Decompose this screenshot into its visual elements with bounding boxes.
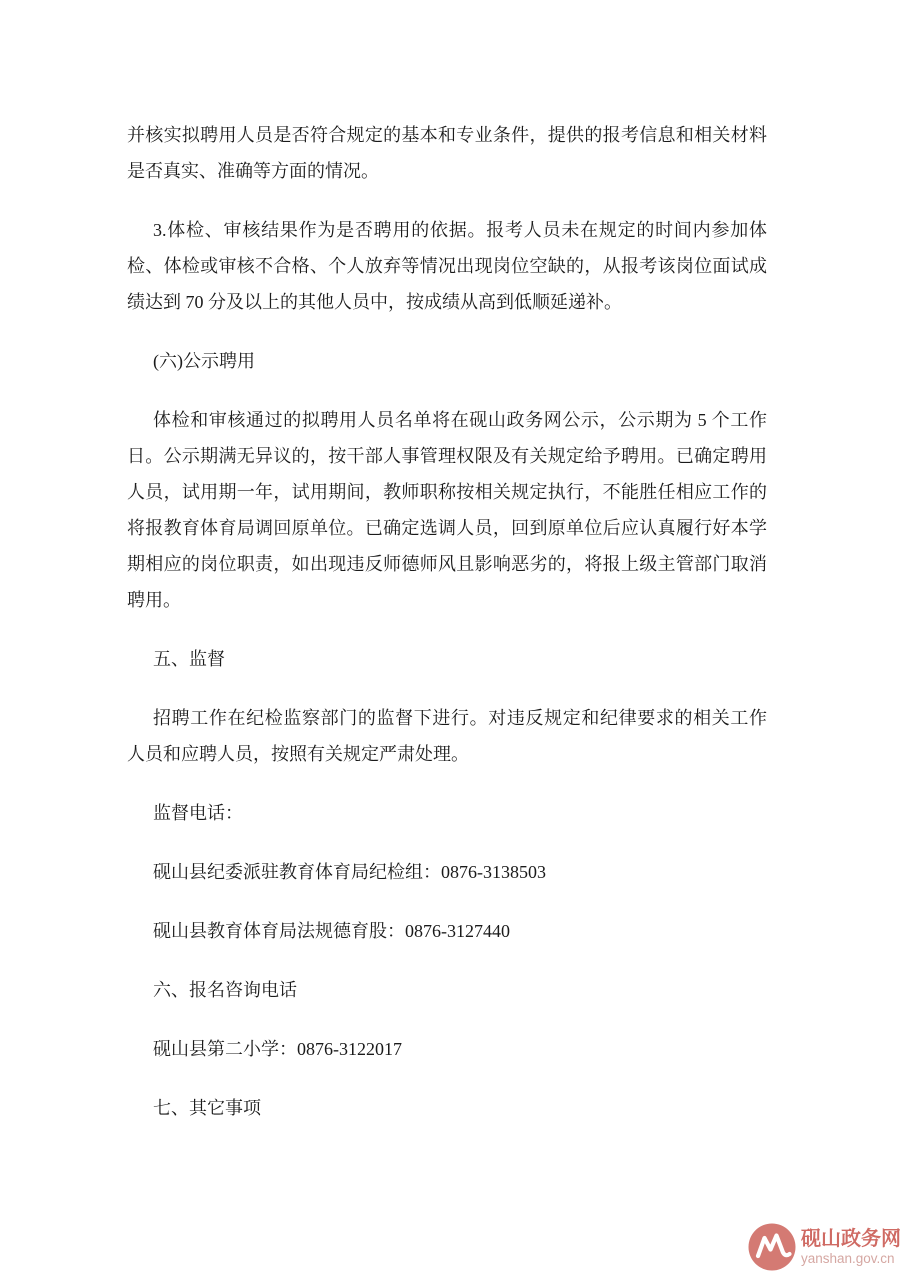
text-line: 将报教育体育局调回原单位。已确定选调人员，回到原单位后应认真履行好本学 (127, 510, 767, 546)
text-line: 监督电话： (127, 795, 767, 831)
heading-section-6-public-hiring: (六)公示聘用 (127, 343, 767, 379)
text-line: 人员，试用期一年，试用期间，教师职称按相关规定执行，不能胜任相应工作的 (127, 474, 767, 510)
text-line: 人员和应聘人员，按照有关规定严肃处理。 (127, 736, 767, 772)
text-line: 日。公示期满无异议的，按干部人事管理权限及有关规定给予聘用。已确定聘用 (127, 438, 767, 474)
heading-section-6-consult-phone: 六、报名咨询电话 (127, 972, 767, 1008)
site-watermark: 砚山政务网 yanshan.gov.cn (748, 1223, 900, 1271)
text-line: 3.体检、审核结果作为是否聘用的依据。报考人员未在规定的时间内参加体 (127, 212, 767, 248)
para-phone-discipline-inspection: 砚山县纪委派驻教育体育局纪检组：0876-3138503 (127, 854, 767, 890)
text-line: 体检和审核通过的拟聘用人员名单将在砚山政务网公示，公示期为 5 个工作 (127, 402, 767, 438)
mountain-seal-icon (748, 1223, 796, 1271)
logo-site-name: 砚山政务网 (801, 1228, 900, 1251)
text-line: 砚山县纪委派驻教育体育局纪检组：0876-3138503 (127, 854, 767, 890)
text-line: 六、报名咨询电话 (127, 972, 767, 1008)
text-line: 期相应的岗位职责，如出现违反师德师风且影响恶劣的，将报上级主管部门取消 (127, 546, 767, 582)
para-verify-candidate-materials: 并核实拟聘用人员是否符合规定的基本和专业条件，提供的报考信息和相关材料是否真实、… (127, 117, 767, 189)
text-line: 检、体检或审核不合格、个人放弃等情况出现岗位空缺的，从报考该岗位面试成 (127, 248, 767, 284)
logo-text-block: 砚山政务网 yanshan.gov.cn (801, 1228, 900, 1266)
para-phone-second-primary-school: 砚山县第二小学：0876-3122017 (127, 1031, 767, 1067)
para-3-exam-review-result: 3.体检、审核结果作为是否聘用的依据。报考人员未在规定的时间内参加体检、体检或审… (127, 212, 767, 320)
text-line: 招聘工作在纪检监察部门的监督下进行。对违反规定和纪律要求的相关工作 (127, 700, 767, 736)
text-line: 聘用。 (127, 582, 767, 618)
para-supervision-phone-label: 监督电话： (127, 795, 767, 831)
text-line: 绩达到 70 分及以上的其他人员中，按成绩从高到低顺延递补。 (127, 284, 767, 320)
logo-site-url: yanshan.gov.cn (801, 1251, 900, 1266)
para-supervision-detail: 招聘工作在纪检监察部门的监督下进行。对违反规定和纪律要求的相关工作人员和应聘人员… (127, 700, 767, 772)
document-body: 并核实拟聘用人员是否符合规定的基本和专业条件，提供的报考信息和相关材料是否真实、… (127, 117, 767, 1149)
text-line: 七、其它事项 (127, 1090, 767, 1126)
text-line: 并核实拟聘用人员是否符合规定的基本和专业条件，提供的报考信息和相关材料 (127, 117, 767, 153)
text-line: 是否真实、准确等方面的情况。 (127, 153, 767, 189)
heading-section-7-other-matters: 七、其它事项 (127, 1090, 767, 1126)
text-line: 五、监督 (127, 641, 767, 677)
text-line: 砚山县第二小学：0876-3122017 (127, 1031, 767, 1067)
para-phone-legal-moral-education: 砚山县教育体育局法规德育股：0876-3127440 (127, 913, 767, 949)
document-page: 并核实拟聘用人员是否符合规定的基本和专业条件，提供的报考信息和相关材料是否真实、… (0, 0, 900, 1273)
heading-section-5-supervision: 五、监督 (127, 641, 767, 677)
text-line: 砚山县教育体育局法规德育股：0876-3127440 (127, 913, 767, 949)
text-line: (六)公示聘用 (127, 343, 767, 379)
para-public-announcement-detail: 体检和审核通过的拟聘用人员名单将在砚山政务网公示，公示期为 5 个工作日。公示期… (127, 402, 767, 618)
